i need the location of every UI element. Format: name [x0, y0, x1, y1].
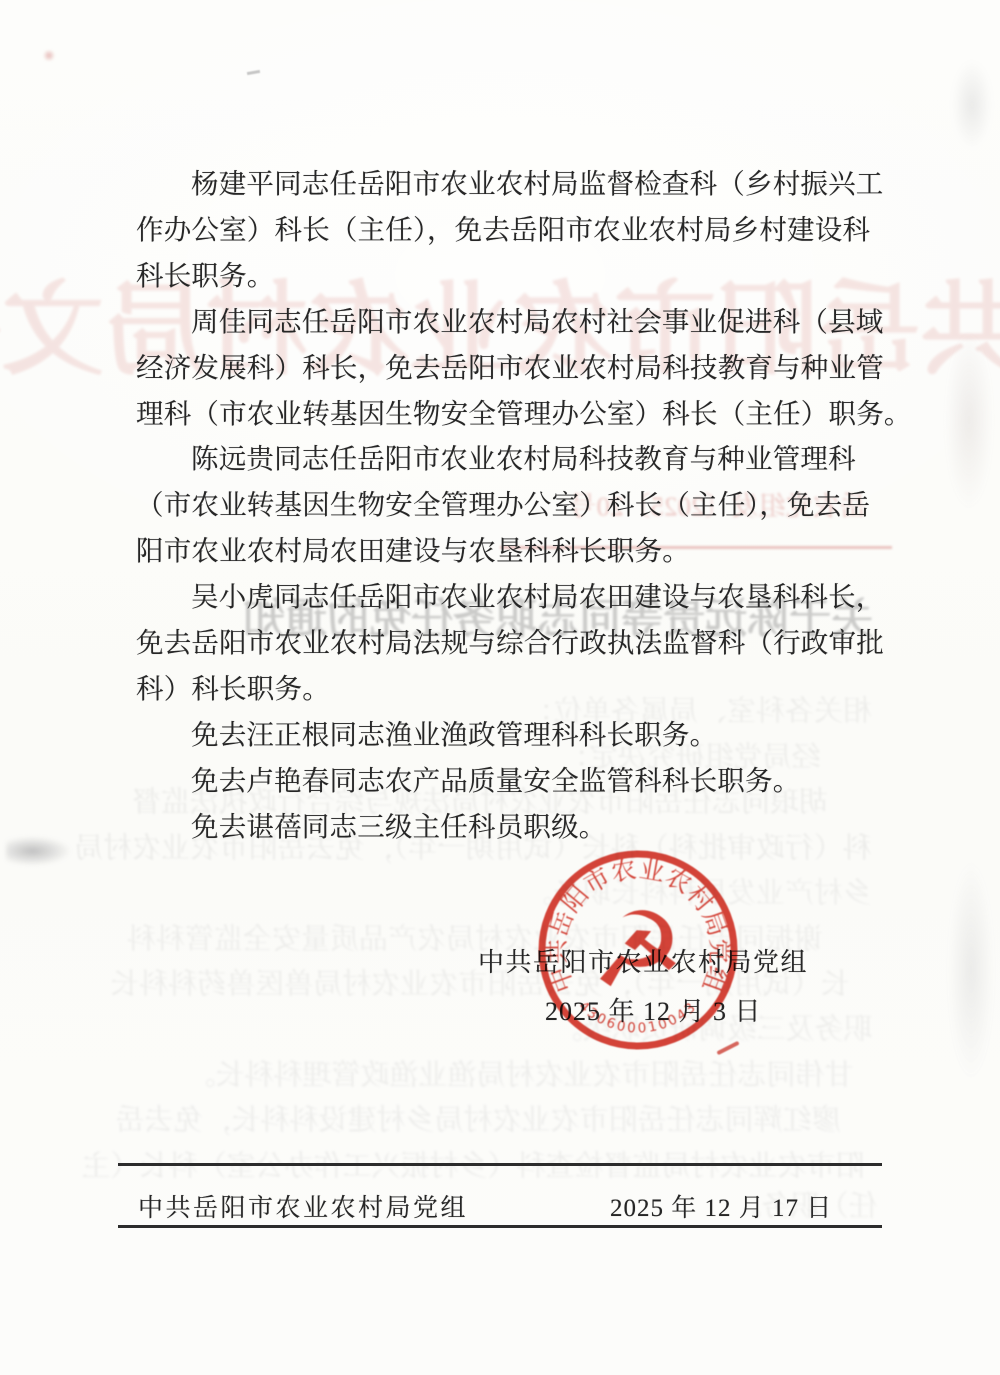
- scanned-document-page: 中共岳阳市农业农村局文件 岳农党组发〔2025〕20号 关于陈远贵等同志职务任免…: [0, 0, 1000, 1375]
- scanner-smudge-right-top: [952, 60, 992, 150]
- document-line: 杨建平同志任岳阳市农业农村局监督检查科（乡村振兴工: [136, 161, 878, 207]
- document-line: 理科（市农业转基因生物安全管理办公室）科长（主任）职务。: [136, 391, 878, 437]
- bleedthrough-line: 阳市农业农村局监督检查科（乡村振兴工作办公室）科长（主: [81, 1153, 864, 1182]
- document-line: 作办公室）科长（主任），免去岳阳市农业农村局乡村建设科: [136, 207, 878, 253]
- bleedthrough-line: 廖红辉同志任岳阳市农业农村局乡村建设科科长，免去岳: [115, 1107, 840, 1136]
- document-line: 免去汪正根同志渔业渔政管理科科长职务。: [136, 712, 878, 758]
- document-line: 免去卢艳春同志农产品质量安全监管科科长职务。: [136, 758, 878, 804]
- document-line: 吴小虎同志任岳阳市农业农村局农田建设与农垦科科长，: [136, 574, 878, 620]
- document-body: 杨建平同志任岳阳市农业农村局监督检查科（乡村振兴工作办公室）科长（主任），免去岳…: [136, 161, 878, 850]
- document-line: 免去岳阳市农业农村局法规与综合行政执法监督科（行政审批: [136, 620, 878, 666]
- scanner-speck-top-left: [42, 50, 56, 61]
- document-line: 周佳同志任岳阳市农业农村局农村社会事业促进科（县域: [136, 299, 878, 345]
- document-line: 阳市农业农村局农田建设与农垦科科长职务。: [136, 528, 878, 574]
- footer-rule-top: [118, 1163, 882, 1166]
- document-line: 科）科长职务。: [136, 666, 878, 712]
- scanner-smudge-left: [6, 836, 72, 866]
- scanner-dash-top: [247, 70, 260, 75]
- document-line: 陈远贵同志任岳阳市农业农村局科技教育与种业管理科: [136, 436, 878, 482]
- document-line: 免去谌蓓同志三级主任科员职级。: [136, 804, 878, 850]
- scanner-smudge-right-mid: [945, 330, 993, 510]
- official-seal: 中共岳阳市农业农村局党组 ☭ 430600010043: [527, 838, 749, 1060]
- document-line: 科长职务。: [136, 253, 878, 299]
- hammer-sickle-icon: ☭: [591, 889, 684, 1011]
- document-line: 经济发展科）科长，免去岳阳市农业农村局科技教育与种业管: [136, 345, 878, 391]
- footer-org: 中共岳阳市农业农村局党组: [138, 1188, 468, 1224]
- scanner-smudge-right-low: [948, 860, 994, 1080]
- footer-date: 2025 年 12 月 17 日: [610, 1188, 832, 1224]
- footer-rule-bottom: [118, 1225, 882, 1228]
- document-line: （市农业转基因生物安全管理办公室）科长（主任），免去岳: [136, 482, 878, 528]
- bleedthrough-line: 甘伟同志任岳阳市农业农村局渔业渔政管理科科长。: [186, 1062, 853, 1091]
